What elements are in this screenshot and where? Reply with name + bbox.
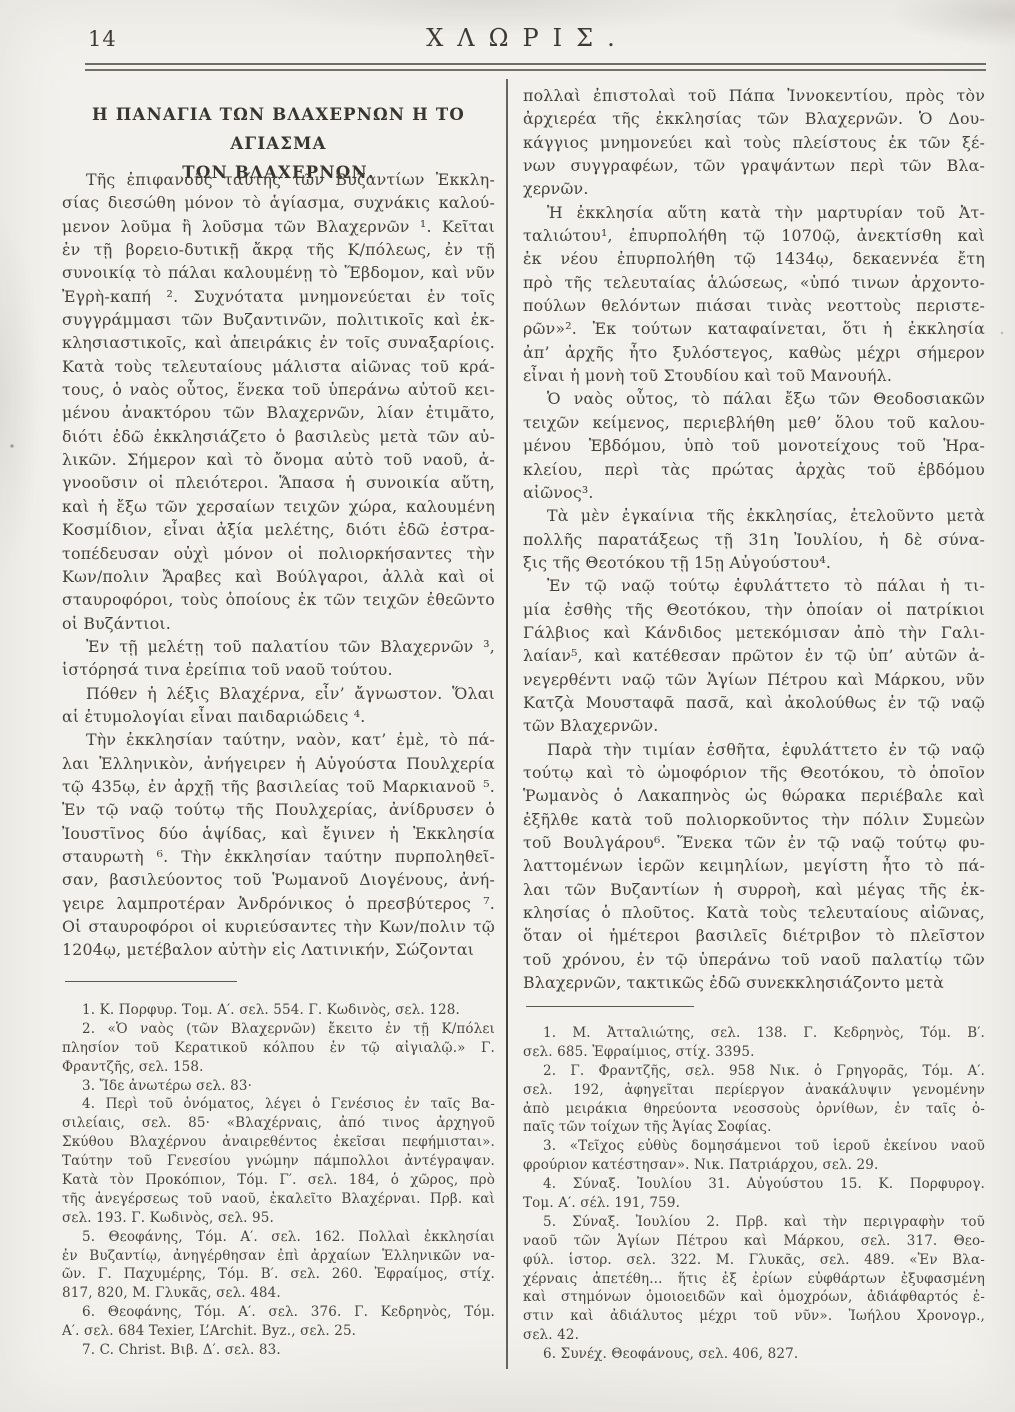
text-line: τῶν Βλαχερνῶν. <box>523 714 985 737</box>
paragraph: Πόθεν ἡ λέξις Βλαχέρνα, εἶν’ ἄγνωστον. Ὅ… <box>62 682 495 729</box>
text-line: 7. C. Christ. Βιβ. Δ′. σελ. 83. <box>62 1341 495 1360</box>
text-line: κάγγιος μνημονεύει καὶ τοὺς πλείστους ἐκ… <box>523 131 985 154</box>
text-line: ἐκ νέου ἐπυρπολήθη τῷ 1434ῳ, δεκαεννέα ἔ… <box>523 247 985 270</box>
text-line: πλησίον τοῦ Κερατικοῦ κόλπου ἐν τῷ αἰγια… <box>62 1039 495 1058</box>
paragraph: Ἐν τῷ ναῷ τούτῳ ἐφυλάττετο τὸ πάλαι ἡ τι… <box>523 574 985 737</box>
text-line: κλησιαστικοῖς, καὶ ἀπειράκις ἐν τοῖς συν… <box>62 331 495 354</box>
right-footnotes: 1. Μ. Ἀτταλιώτης, σελ. 138. Γ. Κεδρηνὸς,… <box>523 1024 985 1364</box>
text-line: 817, 820, Μ. Γλυκᾶς, σελ. 484. <box>62 1284 495 1303</box>
text-line: φύλ. ἱστορ. σελ. 322. Μ. Γλυκᾶς, σελ. 48… <box>523 1251 985 1270</box>
text-line: κλησίας ὁ πλοῦτος. Κατὰ τοὺς τελευταίους… <box>523 901 985 924</box>
text-line: Ῥωμανὸς ὁ Λακαπηνὸς ὡς θώρακα περιέβαλε … <box>523 784 985 807</box>
text-line: μία ἐσθὴς τῆς Θεοτόκου, τὴν ὁποίαν οἱ πα… <box>523 598 985 621</box>
text-line: 6. Συνέχ. Θεοφάνους, σελ. 406, 827. <box>523 1345 985 1364</box>
paragraph: Τῆς ἐπιφανοῦς ταύτης τῶν Βυζαντίων Ἐκκλη… <box>62 168 495 635</box>
text-line: σελ. 192, ἀφηγεῖται περίεργον ἀνακάλυψιν… <box>523 1081 985 1100</box>
paragraph: Ἐν τῇ μελέτῃ τοῦ παλατίου τῶν Βλαχερνῶν … <box>62 635 495 682</box>
text-line: αἰῶνος³. <box>523 481 985 504</box>
text-line: Ὁ ναὸς οὗτος, τὸ πάλαι ἔξω τῶν Θεοδοσιακ… <box>523 387 985 410</box>
text-line: 1. Μ. Ἀτταλιώτης, σελ. 138. Γ. Κεδρηνὸς,… <box>523 1024 985 1043</box>
footnote: 3. Ἴδε ἀνωτέρω σελ. 83· <box>62 1077 495 1096</box>
text-line: Ταύτην τοῦ Γενεσίου γνώμην πάμπολλοι ἀντ… <box>62 1152 495 1171</box>
text-line: τοῦ Βουλγάρου⁶. Ἕνεκα τῶν ἐν τῷ ναῷ τούτ… <box>523 831 985 854</box>
text-line: ξις τῆς Θεοτόκου τῇ 15ῃ Αὐγούστου⁴. <box>523 551 985 574</box>
text-line: αἱ ἐτυμολογίαι εἶναι παιδαριώδεις ⁴. <box>62 705 495 728</box>
footnote: 4. Περὶ τοῦ ὀνόματος, λέγει ὁ Γενέσιος ἐ… <box>62 1095 495 1227</box>
text-line: πούλων θελόντων πιάσαι τινὰς νεοττοὺς πε… <box>523 294 985 317</box>
text-line: Ἡ ἐκκλησία αὕτη κατὰ τὴν μαρτυρίαν τοῦ Ἀ… <box>523 201 985 224</box>
right-column: πολλαὶ ἐπιστολαὶ τοῦ Πάπα Ἰννοκεντίου, π… <box>523 0 985 1412</box>
text-line: λαι τῶν Βυζαντίων ἡ συρροὴ, καὶ μέγας τῆ… <box>523 878 985 901</box>
text-line: λαττομένων ἱερῶν κειμηλίων, μεγίστη ἦτο … <box>523 854 985 877</box>
footnote: 5. Σύναξ. Ἰουλίου 2. Πρβ. καὶ τὴν περιγρ… <box>523 1213 985 1345</box>
text-line: ἀπ’ ἀρχῆς ἦτο ξυλόστεγος, καθὼς μέχρι σή… <box>523 341 985 364</box>
text-line: φρούριον κατέστησαν». Νικ. Πατριάρχου, σ… <box>523 1156 985 1175</box>
text-line: μένου ἀνακτόρου τῶν Βλαχερνῶν, λίαν ἐτιμ… <box>62 401 495 424</box>
left-footnote-separator <box>65 981 237 982</box>
text-line: λαίαν⁵, καὶ κατέθεσαν πρῶτον ἐν τῷ ὑπ’ α… <box>523 644 985 667</box>
text-line: σταυροφόροι, τοὺς ὁποίους ἐκ τῶν τειχῶν … <box>62 588 495 611</box>
text-line: 4. Περὶ τοῦ ὀνόματος, λέγει ὁ Γενέσιος ἐ… <box>62 1095 495 1114</box>
text-line: τους, ὁ ναὸς οὗτος, ἕνεκα τοῦ ὑπεράνω αὐ… <box>62 378 495 401</box>
text-line: σταυρωτὴ ⁶. Τὴν ἐκκλησίαν ταύτην πυρπολη… <box>62 845 495 868</box>
footnote: 5. Θεοφάνης, Τόμ. Α′. σελ. 162. Πολλαὶ ἐ… <box>62 1228 495 1304</box>
text-line: οἱ Βυζάντιοι. <box>62 612 495 635</box>
text-line: σελ. 42. <box>523 1326 985 1345</box>
text-line: νεγερθέντι ναῷ τῶν Ἁγίων Πέτρου καὶ Μάρκ… <box>523 668 985 691</box>
text-line: χερνῶν. <box>523 177 985 200</box>
text-line: Τὴν ἐκκλησίαν ταύτην, ναὸν, κατ’ ἐμὲ, τὸ… <box>62 728 495 751</box>
text-line: λικῶν. Σήμερον καὶ τὸ ὄνομα αὐτὸ τοῦ ναο… <box>62 448 495 471</box>
text-line: ρῶν»². Ἐκ τούτων καταφαίνεται, ὅτι ἡ ἐκκ… <box>523 317 985 340</box>
text-line: τῷ 435ῳ, ἐν ἀρχῇ τῆς βασιλείας τοῦ Μαρκι… <box>62 775 495 798</box>
left-column: Η ΠΑΝΑΓΙΑ ΤΩΝ ΒΛΑΧΕΡΝΩΝ Η ΤΟ ΑΓΙΑΣΜΑΤΩΝ … <box>62 0 495 1412</box>
text-line: μενον λοῦμα ἢ λοῦσμα τῶν Βλαχερνῶν ¹. Κε… <box>62 215 495 238</box>
text-line: χέρναις ἀπετέθη... ἥτις ἐξ ἐρίων εὐφθάρτ… <box>523 1270 985 1289</box>
text-line: ὅταν οἱ ἡμέτεροι βασιλεῖς διέτριβον τὸ π… <box>523 924 985 947</box>
paragraph: Ἡ ἐκκλησία αὕτη κατὰ τὴν μαρτυρίαν τοῦ Ἀ… <box>523 201 985 388</box>
text-line: Τομ. Α′. σέλ. 191, 759. <box>523 1194 985 1213</box>
text-line: Οἱ σταυροφόροι οἱ κυριεύσαντες τὴν Κων/π… <box>62 915 495 938</box>
paragraph: Τὴν ἐκκλησίαν ταύτην, ναὸν, κατ’ ἐμὲ, τὸ… <box>62 728 495 961</box>
paragraph: Τὰ μὲν ἐγκαίνια τῆς ἐκκλησίας, ἐτελοῦντο… <box>523 504 985 574</box>
text-line: τοπέδευσαν οὐχὶ μόνον οἱ πολιορκήσαντες … <box>62 542 495 565</box>
footnote: 1. Μ. Ἀτταλιώτης, σελ. 138. Γ. Κεδρηνὸς,… <box>523 1024 985 1062</box>
text-line: Φραντζῆς, σελ. 158. <box>62 1058 495 1077</box>
text-line: ταλιώτου¹, ἐπυρπολήθη τῷ 1070ῷ, ἀνεκτίσθ… <box>523 224 985 247</box>
text-line: κλείου, περὶ τὰς πρώτας ἀρχὰς τοῦ ἑβδόμο… <box>523 458 985 481</box>
text-line: ἱστόρησά τινα ἐρείπια τοῦ ναοῦ τούτου. <box>62 658 495 681</box>
paragraph: Ὁ ναὸς οὗτος, τὸ πάλαι ἔξω τῶν Θεοδοσιακ… <box>523 387 985 504</box>
text-line: 5. Θεοφάνης, Τόμ. Α′. σελ. 162. Πολλαὶ ἐ… <box>62 1228 495 1247</box>
text-line: μένου Ἑβδόμου, ὑπὸ τοῦ μονοτείχους τοῦ Ἡ… <box>523 434 985 457</box>
text-line: ἀπὸ μειράκια θηρεύοντα νεοσσοὺς ὀρνίθων,… <box>523 1100 985 1119</box>
text-line: Ἐγρὴ-καπή ². Συχνότατα μνημονεύεται ἐν τ… <box>62 285 495 308</box>
footnote: 7. C. Christ. Βιβ. Δ′. σελ. 83. <box>62 1341 495 1360</box>
text-line: Ἐν τῇ μελέτῃ τοῦ παλατίου τῶν Βλαχερνῶν … <box>62 635 495 658</box>
left-body-text: Τῆς ἐπιφανοῦς ταύτης τῶν Βυζαντίων Ἐκκλη… <box>62 168 495 962</box>
text-line: Κων/πολιν Ἄραβες καὶ Βούλγαροι, ἀλλὰ καὶ… <box>62 565 495 588</box>
text-line: σίας διεσώθη μόνον τὸ ἁγίασμα, συχνάκις … <box>62 191 495 214</box>
text-line: τούτῳ καὶ τὸ ὠμοφόριον τῆς Θεοτόκου, τὸ … <box>523 761 985 784</box>
column-divider <box>506 79 508 1369</box>
text-line: παῖς τῶν τοίχων τῆς Ἁγίας Σοφίας. <box>523 1118 985 1137</box>
footnote: 6. Θεοφάνης, Τόμ. Α′. σελ. 376. Γ. Κεδρη… <box>62 1303 495 1341</box>
text-line: 1204ῳ, μετέβαλον αὐτὴν εἰς Λατινικήν, Σώ… <box>62 938 495 961</box>
text-line: ἐξῆλθε κατὰ τοῦ πολιορκοῦντος τὴν πόλιν … <box>523 808 985 831</box>
text-line: στιν καὶ ἀδιάλυτος μέχρι τοῦ νῦν». Ἰωήλο… <box>523 1307 985 1326</box>
right-body-text: πολλαὶ ἐπιστολαὶ τοῦ Πάπα Ἰννοκεντίου, π… <box>523 84 985 994</box>
text-line: Ἐν τῷ ναῷ τούτῳ τῆς Πουλχερίας, ἀνίδρυσε… <box>62 798 495 821</box>
text-line: 1. Κ. Πορφυρ. Τομ. Α′. σελ. 554. Γ. Κωδι… <box>62 1001 495 1020</box>
text-line: Κοσμίδιον, εἶναι ἀξία μελέτης, διότι ἐδῶ… <box>62 518 495 541</box>
text-line: 3. Ἴδε ἀνωτέρω σελ. 83· <box>62 1077 495 1096</box>
text-line: σιλείαις, σελ. 85· «Βλαχέρναις, ἀπό τινο… <box>62 1114 495 1133</box>
text-line: τῆς ἀνεγέρσεως τοῦ ναοῦ, ἐκαλεῖτο Βλαχέρ… <box>62 1190 495 1209</box>
text-line: τειχῶν κείμενος, περιεβλήθη μεθ’ ὅλου το… <box>523 411 985 434</box>
right-footnote-separator <box>526 1006 694 1007</box>
text-line: Βλαχερνῶν, τακτικῶς ἐδῶ συνεκκλησιάζοντο… <box>523 971 985 994</box>
text-line: διότι ἐδῶ ἐκκλησιάζετο ὁ βασιλεὺς μετὰ τ… <box>62 425 495 448</box>
text-line: σαν, βασιλεύοντος τοῦ Ῥωμανοῦ Διογένους,… <box>62 868 495 891</box>
text-line: συγγράμμασι τῶν Βυζαντινῶν, πολιτικοῖς κ… <box>62 308 495 331</box>
text-line: νων συγγραφέων, τῶν γραψάντων περὶ τῶν Β… <box>523 154 985 177</box>
text-line: ἐν Βυζαντίῳ, ἀνηγέρθησαν ἐπὶ ἀρχαίων Ἑλλ… <box>62 1247 495 1266</box>
text-line: Τῆς ἐπιφανοῦς ταύτης τῶν Βυζαντίων Ἐκκλη… <box>62 168 495 191</box>
text-line: ἀρχιερέα τῆς ἐκκλησίας τῶν Βλαχερνῶν. Ὁ … <box>523 107 985 130</box>
article-title-line1: Η ΠΑΝΑΓΙΑ ΤΩΝ ΒΛΑΧΕΡΝΩΝ Η ΤΟ ΑΓΙΑΣΜΑ <box>92 105 465 153</box>
left-footnotes: 1. Κ. Πορφυρ. Τομ. Α′. σελ. 554. Γ. Κωδι… <box>62 1001 495 1360</box>
footnote: 1. Κ. Πορφυρ. Τομ. Α′. σελ. 554. Γ. Κωδι… <box>62 1001 495 1020</box>
scanned-book-page: 14 ΧΛΩΡΙΣ. Η ΠΑΝΑΓΙΑ ΤΩΝ ΒΛΑΧΕΡΝΩΝ Η ΤΟ … <box>0 0 1015 1412</box>
text-line: Παρὰ τὴν τιμίαν ἐσθῆτα, ἐφυλάττετο ἐν τῷ… <box>523 738 985 761</box>
text-line: σελ. 193. Γ. Κωδινὸς, σελ. 95. <box>62 1209 495 1228</box>
text-line: πολλῆς παρατάξεως τῇ 31η Ἰουλίου, ἡ δὲ σ… <box>523 528 985 551</box>
text-line: σελ. 685. Ἐφραίμιος, στίχ. 3395. <box>523 1043 985 1062</box>
text-line: Κατὰ τοὺς τελευταίους μάλιστα αἰῶνας τοῦ… <box>62 355 495 378</box>
text-line: εἶναι ἡ μονὴ τοῦ Στουδίου καὶ τοῦ Μανουή… <box>523 364 985 387</box>
text-line: Γάλβιος καὶ Κάνδιδος μετεκόμισαν ἀπὸ τὴν… <box>523 621 985 644</box>
text-line: Πόθεν ἡ λέξις Βλαχέρνα, εἶν’ ἄγνωστον. Ὅ… <box>62 682 495 705</box>
text-line: λαι Ἑλληνικὸν, ἀνήγειρεν ἡ Αὐγούστα Πουλ… <box>62 752 495 775</box>
text-line: Κατζὰ Μουσταφᾶ πασᾶ, καὶ ἀκολούθως ἐν τῷ… <box>523 691 985 714</box>
text-line: 6. Θεοφάνης, Τόμ. Α′. σελ. 376. Γ. Κεδρη… <box>62 1303 495 1322</box>
text-line: 4. Σύναξ. Ἰουλίου 31. Αὐγούστου 15. Κ. Π… <box>523 1175 985 1194</box>
text-line: Κατὰ τὸν Προκόπιον, Τόμ. Γ′. σελ. 184, ὁ… <box>62 1171 495 1190</box>
text-line: καὶ ἡ ἔξω τῶν χερσαίων τειχῶν χώρα, καλο… <box>62 495 495 518</box>
text-line: Ἐν τῷ ναῷ τούτῳ ἐφυλάττετο τὸ πάλαι ἡ τι… <box>523 574 985 597</box>
paragraph: Παρὰ τὴν τιμίαν ἐσθῆτα, ἐφυλάττετο ἐν τῷ… <box>523 738 985 995</box>
text-line: 5. Σύναξ. Ἰουλίου 2. Πρβ. καὶ τὴν περιγρ… <box>523 1213 985 1232</box>
text-line: γνοοῦσιν οἱ πλειότεροι. Ἅπασα ἡ συνοικία… <box>62 471 495 494</box>
text-line: καὶ στημόνων ὁμοιοειδῶν καὶ ὁμοχρόων, ἀδ… <box>523 1288 985 1307</box>
text-line: Ἰουστῖνος δύο ἁψίδας, καὶ ἔγινεν ἡ Ἐκκλη… <box>62 822 495 845</box>
text-line: πολλαὶ ἐπιστολαὶ τοῦ Πάπα Ἰννοκεντίου, π… <box>523 84 985 107</box>
text-line: πρὸ τῆς τελευταίας ἁλώσεως, «ὑπό τινων ἀ… <box>523 271 985 294</box>
text-line: 2. Γ. Φραντζῆς, σελ. 958 Νικ. ὁ Γρηγορᾶς… <box>523 1062 985 1081</box>
footnote: 4. Σύναξ. Ἰουλίου 31. Αὐγούστου 15. Κ. Π… <box>523 1175 985 1213</box>
text-line: γειρε λαμπροτέραν Ἀνδρόνικος ὁ πρεσβύτερ… <box>62 892 495 915</box>
text-line: τοῦ χρόνου, ἐν τῷ ὑπεράνω τοῦ ναοῦ παλατ… <box>523 948 985 971</box>
text-line: συνοικίᾳ τὸ πάλαι καλουμένῃ τὸ Ἕβδομον, … <box>62 261 495 284</box>
footnote: 2. «Ὁ ναὸς (τῶν Βλαχερνῶν) ἔκειτο ἐν τῇ … <box>62 1020 495 1077</box>
text-line: ναοῦ τῶν Ἁγίων Πέτρου καὶ Μάρκου, σελ. 3… <box>523 1232 985 1251</box>
text-line: ἐν τῇ βορειο-δυτικῇ ἄκρᾳ τῆς Κ/πόλεως, ἐ… <box>62 238 495 261</box>
text-line: Α′. σελ. 684 Texier, L’Archit. Byz., σελ… <box>62 1322 495 1341</box>
text-line: 3. «Τεῖχος εὐθὺς δομησάμενοι τοῦ ἱεροῦ ἐ… <box>523 1137 985 1156</box>
footnote: 3. «Τεῖχος εὐθὺς δομησάμενοι τοῦ ἱεροῦ ἐ… <box>523 1137 985 1175</box>
paragraph: πολλαὶ ἐπιστολαὶ τοῦ Πάπα Ἰννοκεντίου, π… <box>523 84 985 201</box>
text-line: Σκύθου Βλαχέρνου ἀναιρεθέντος ἐκεῖσαι πε… <box>62 1133 495 1152</box>
text-line: ῶν. Γ. Παχυμέρης, Τόμ. Β′. σελ. 260. Ἐφρ… <box>62 1265 495 1284</box>
footnote: 2. Γ. Φραντζῆς, σελ. 958 Νικ. ὁ Γρηγορᾶς… <box>523 1062 985 1138</box>
text-line: Τὰ μὲν ἐγκαίνια τῆς ἐκκλησίας, ἐτελοῦντο… <box>523 504 985 527</box>
text-line: 2. «Ὁ ναὸς (τῶν Βλαχερνῶν) ἔκειτο ἐν τῇ … <box>62 1020 495 1039</box>
footnote: 6. Συνέχ. Θεοφάνους, σελ. 406, 827. <box>523 1345 985 1364</box>
